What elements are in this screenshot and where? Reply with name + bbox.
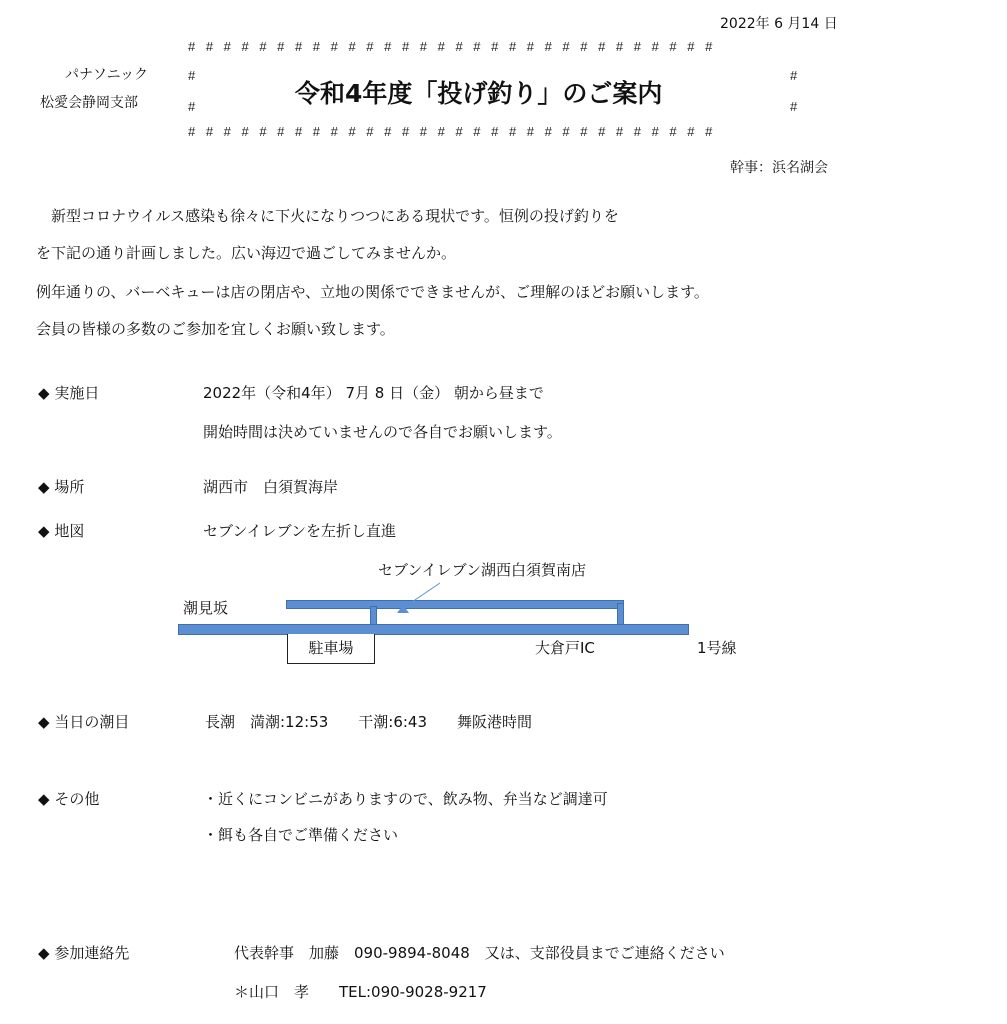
intro-line-3: 例年通りの、バーベキューは店の閉店や、立地の関係でできませんが、ご理解のほどお願… bbox=[36, 281, 709, 302]
org-name-line2: 松愛会静岡支部 bbox=[40, 92, 138, 112]
section-date-label: ◆ 実施日 bbox=[38, 382, 99, 403]
route-label: 1号線 bbox=[697, 637, 737, 658]
section-tide-title: 当日の潮目 bbox=[54, 713, 129, 731]
section-other-label: ◆ その他 bbox=[38, 788, 99, 809]
diamond-bullet-icon: ◆ bbox=[38, 713, 50, 731]
diamond-bullet-icon: ◆ bbox=[38, 944, 50, 962]
section-map-title: 地図 bbox=[54, 522, 84, 540]
title-border-left-1: # bbox=[188, 68, 195, 83]
title-border-bottom: ############################## bbox=[188, 124, 723, 139]
section-other-title: その他 bbox=[54, 790, 99, 808]
diamond-bullet-icon: ◆ bbox=[38, 790, 50, 808]
diamond-bullet-icon: ◆ bbox=[38, 384, 50, 402]
org-name-line1: パナソニック bbox=[65, 64, 148, 84]
section-place-title: 場所 bbox=[54, 478, 84, 496]
diamond-bullet-icon: ◆ bbox=[38, 478, 50, 496]
section-place-line-1: 湖西市 白須賀海岸 bbox=[203, 476, 338, 497]
shiomizaka-label: 潮見坂 bbox=[183, 597, 228, 618]
section-contact-label: ◆ 参加連絡先 bbox=[38, 942, 129, 963]
ic-label: 大倉戸IC bbox=[535, 637, 595, 658]
title-border-left-2: # bbox=[188, 99, 195, 114]
title-border-top: ############################## bbox=[188, 39, 723, 54]
section-map-label: ◆ 地図 bbox=[38, 520, 84, 541]
page-title: 令和4年度「投げ釣り」のご案内 bbox=[295, 74, 662, 110]
parking-box: 駐車場 bbox=[287, 634, 375, 664]
intro-line-1: 新型コロナウイルス感染も徐々に下火になりつつにある現状です。恒例の投げ釣りを bbox=[36, 205, 619, 226]
section-tide-label: ◆ 当日の潮目 bbox=[38, 711, 129, 732]
document-date: 2022年 6 月14 日 bbox=[720, 13, 838, 33]
section-other-line-2: ・餌も各自でご準備ください bbox=[203, 824, 398, 845]
intro-line-4: 会員の皆様の多数のご参加を宜しくお願い致します。 bbox=[36, 318, 395, 339]
diamond-bullet-icon: ◆ bbox=[38, 522, 50, 540]
section-contact-title: 参加連絡先 bbox=[54, 944, 129, 962]
route-1-road bbox=[178, 624, 689, 635]
title-border-right-1: # bbox=[790, 68, 797, 83]
intro-line-2: を下記の通り計画しました。広い海辺で過ごしてみませんか。 bbox=[36, 242, 456, 263]
section-date-line-1: 2022年（令和4年） 7月 8 日（金） 朝から昼まで bbox=[203, 382, 544, 403]
section-place-label: ◆ 場所 bbox=[38, 476, 84, 497]
title-border-right-2: # bbox=[790, 99, 797, 114]
store-pointer-arrow-icon bbox=[380, 575, 460, 620]
section-contact-line-2: ＊山口 孝 TEL:090-9028-9217 bbox=[234, 981, 487, 1002]
section-tide-line-1: 長潮 満潮:12:53 干潮:6:43 舞阪港時間 bbox=[205, 711, 532, 732]
section-date-line-2: 開始時間は決めていませんので各自でお願いします。 bbox=[203, 421, 562, 442]
section-date-title: 実施日 bbox=[54, 384, 99, 402]
section-other-line-1: ・近くにコンビニがありますので、飲み物、弁当など調達可 bbox=[203, 788, 608, 809]
section-map-line-1: セブンイレブンを左折し直進 bbox=[203, 520, 396, 541]
parking-label: 駐車場 bbox=[308, 639, 353, 657]
organizer: 幹事：浜名湖会 bbox=[730, 157, 828, 177]
section-contact-line-1: 代表幹事 加藤 090-9894-8048 又は、支部役員までご連絡ください bbox=[234, 942, 725, 963]
